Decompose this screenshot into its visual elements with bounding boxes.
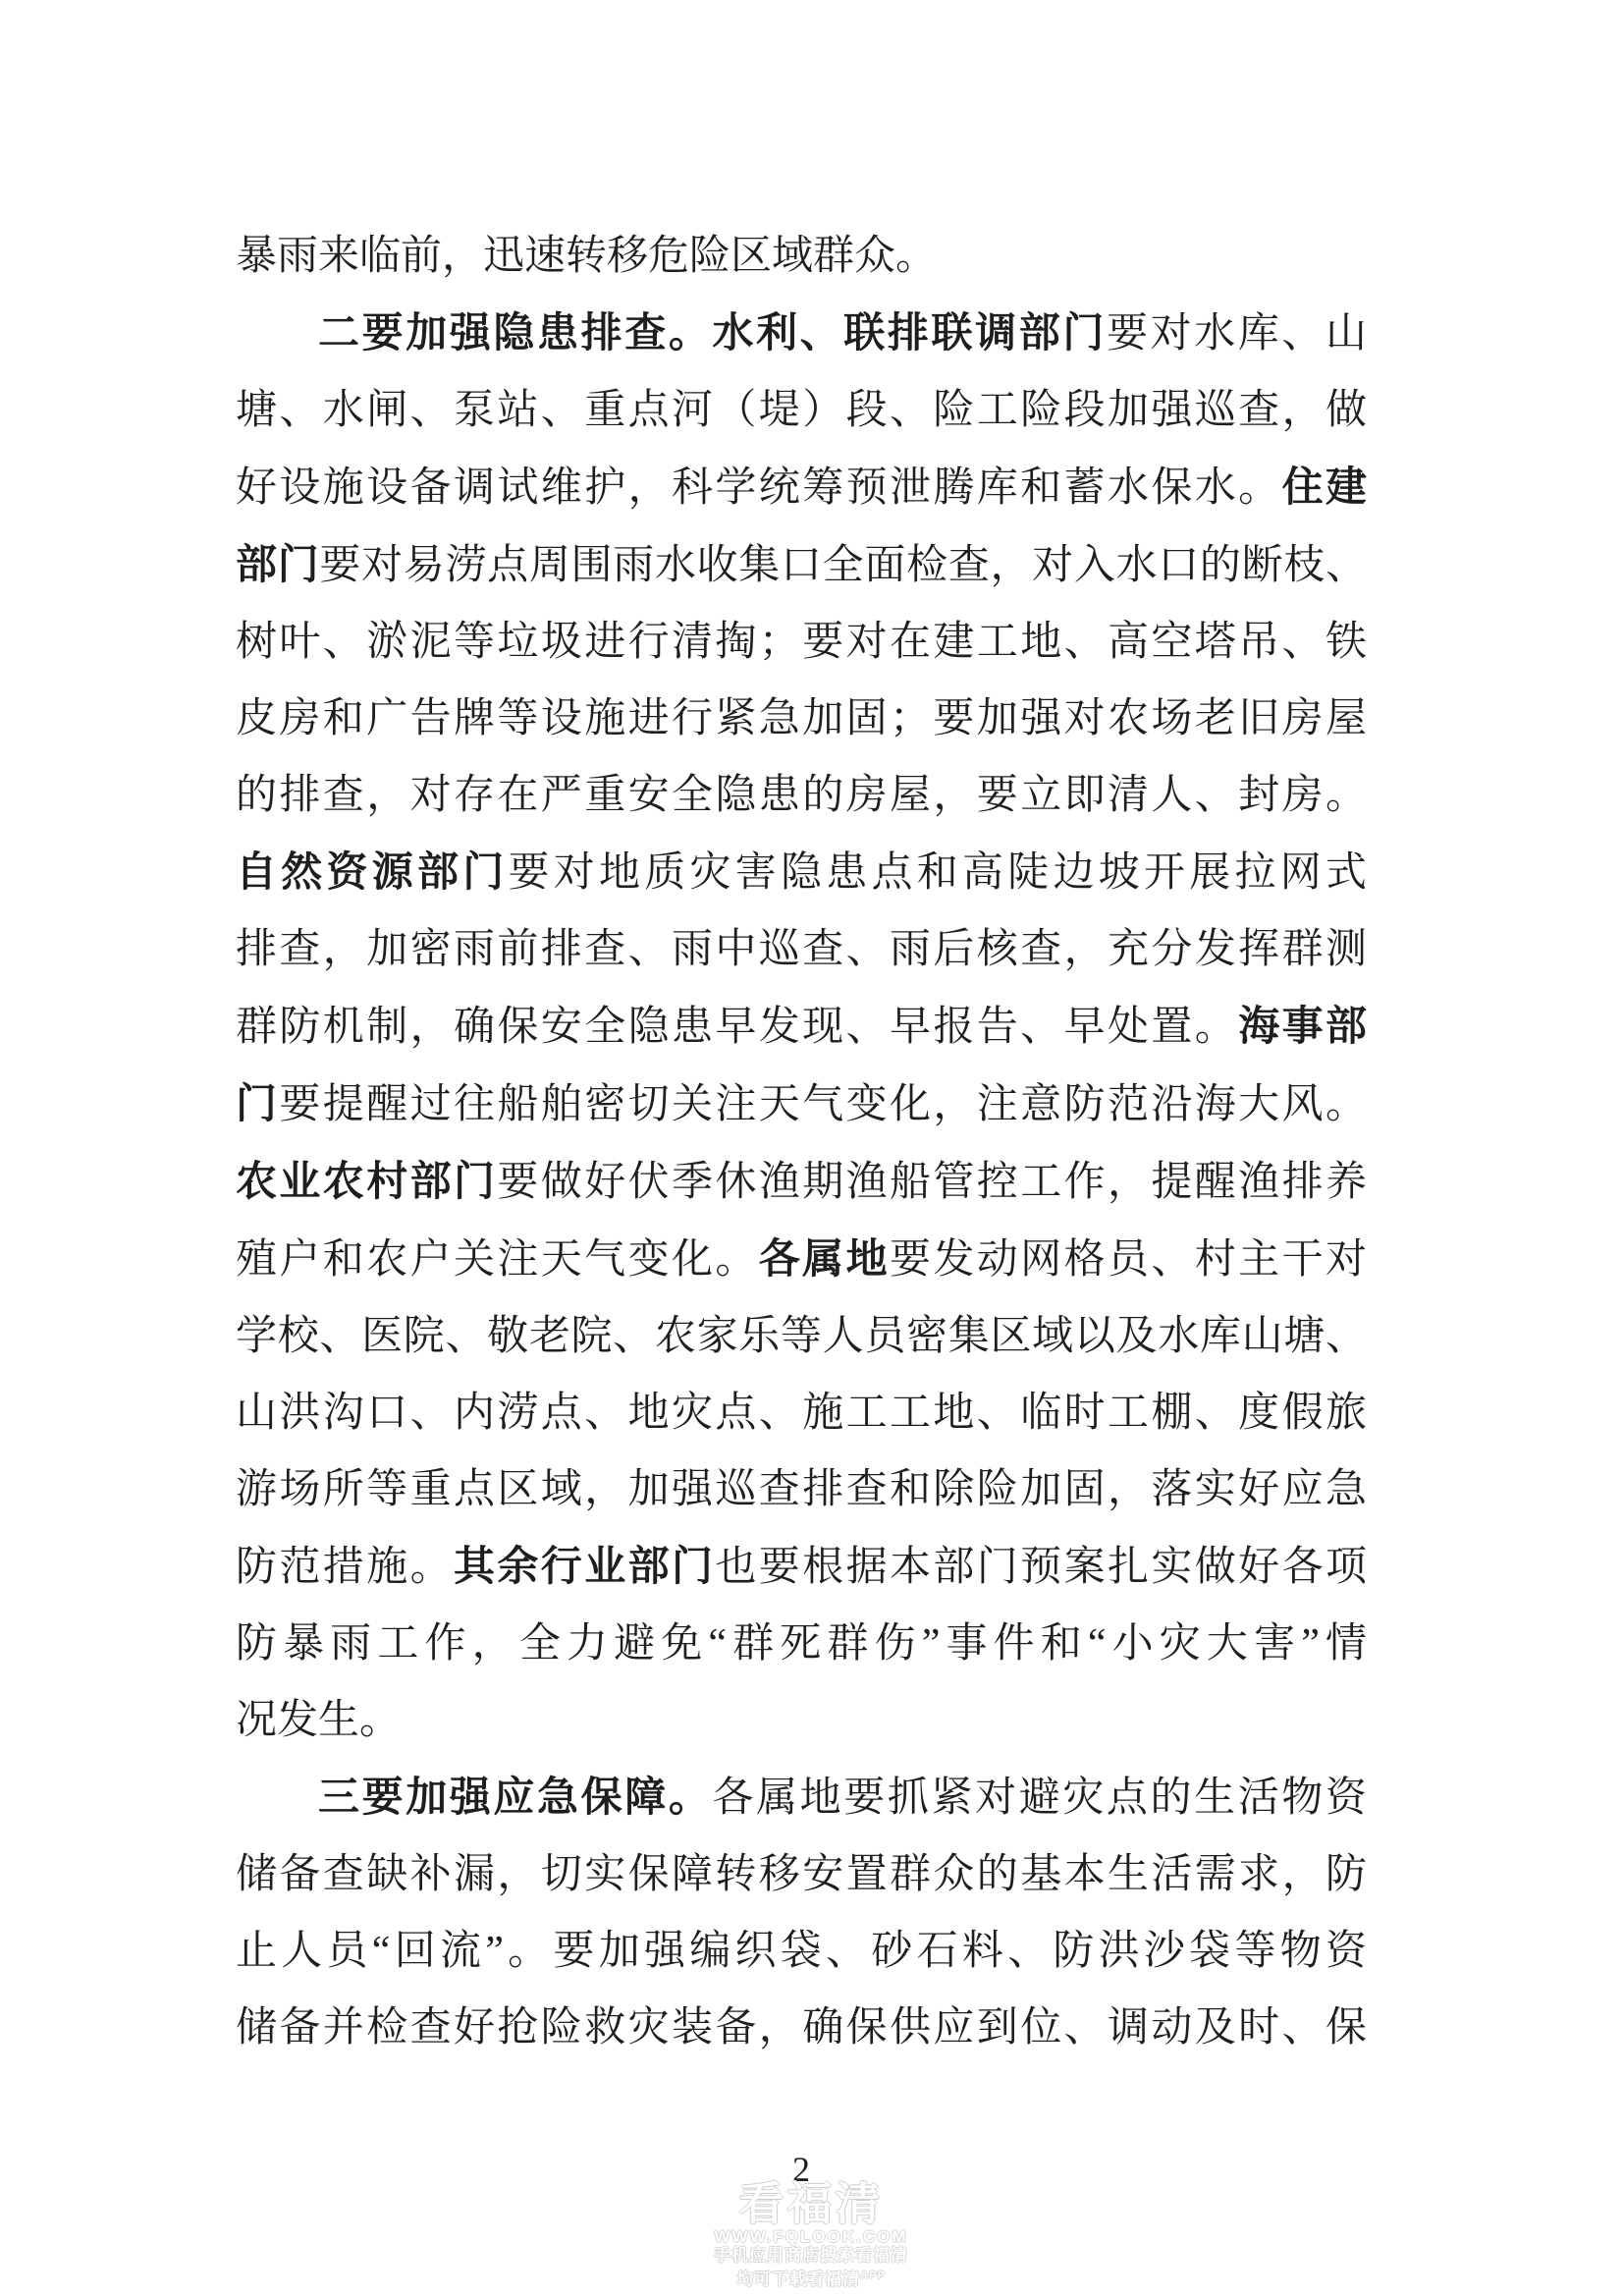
text-segment: 防暴雨工作，全力避免“群死群伤”事件和“小灾大害”情 — [236, 1621, 1367, 1667]
text-segment: 群防机制，确保安全隐患早发现、早报告、早处置。 — [236, 1005, 1238, 1050]
text-segment: 皮房和广告牌等设施进行紧急加固；要加强对农场老旧房屋 — [236, 696, 1367, 741]
text-segment: 储备并检查好抢险救灾装备，确保供应到位、调动及时、保 — [236, 2005, 1367, 2050]
bold-text-segment: 其余行业部门 — [454, 1543, 715, 1589]
text-segment: 况发生。 — [236, 1698, 401, 1743]
watermark-title: 看福清 — [566, 2180, 1056, 2227]
watermark-line2-sup: APP — [860, 2269, 886, 2281]
bold-text-segment: 各属地 — [759, 1235, 890, 1282]
text-segment: 排查，加密雨前排查、雨中巡查、雨后核查，充分发挥群测 — [236, 927, 1367, 972]
text-line: 防暴雨工作，全力避免“群死群伤”事件和“小灾大害”情 — [236, 1606, 1367, 1682]
text-segment: 暴雨来临前，迅速转移危险区域群众。 — [236, 234, 937, 279]
text-segment: 游场所等重点区域，加强巡查排查和除险加固，落实好应急 — [236, 1467, 1367, 1512]
text-segment: 要对地质灾害隐患点和高陡边坡开展拉网式 — [509, 850, 1367, 896]
document-page: 暴雨来临前，迅速转移危险区域群众。二要加强隐患排查。水利、联排联调部门要对水库、… — [0, 0, 1623, 2296]
text-line: 储备查缺补漏，切实保障转移安置群众的基本生活需求，防 — [236, 1836, 1367, 1913]
text-segment: 山洪沟口、内涝点、地灾点、施工工地、临时工棚、度假旅 — [236, 1391, 1367, 1436]
bold-text-segment: 住建 — [1282, 464, 1367, 510]
text-line: 殖户和农户关注天气变化。各属地要发动网格员、村主干对 — [236, 1221, 1367, 1298]
text-segment: 学校、医院、敬老院、农家乐等人员密集区域以及水库山塘、 — [236, 1314, 1367, 1359]
bold-text-segment: 二要加强隐患排查。水利、联排联调部门 — [318, 309, 1107, 355]
watermark-line1: 手机应用商店搜索看福清 — [566, 2246, 1056, 2266]
text-line: 三要加强应急保障。各属地要抓紧对避灾点的生活物资 — [236, 1759, 1367, 1836]
text-segment: 要对易涝点周围雨水收集口全面检查，对入水口的断枝、 — [319, 543, 1367, 588]
bold-text-segment: 自然资源部门 — [236, 848, 509, 895]
text-segment: 要提醒过往船舶密切关注天气变化，注意防范沿海大风。 — [279, 1082, 1367, 1127]
text-segment: 防范措施。 — [236, 1545, 454, 1590]
bold-text-segment: 海事部 — [1238, 1003, 1367, 1049]
text-line: 群防机制，确保安全隐患早发现、早报告、早处置。海事部 — [236, 988, 1367, 1066]
text-line: 的排查，对存在严重安全隐患的房屋，要立即清人、封房。 — [236, 757, 1367, 834]
watermark-url: WWW.FQLOOK.COM — [566, 2227, 1056, 2246]
watermark-line2-text: 均可下载看福清 — [736, 2270, 860, 2289]
bold-text-segment: 部门 — [236, 541, 319, 587]
text-line: 皮房和广告牌等设施进行紧急加固；要加强对农场老旧房屋 — [236, 681, 1367, 757]
bold-text-segment: 三要加强应急保障。 — [318, 1774, 712, 1820]
text-segment: 塘、水闸、泵站、重点河（堤）段、险工险段加强巡查，做 — [236, 388, 1367, 433]
text-line: 塘、水闸、泵站、重点河（堤）段、险工险段加强巡查，做 — [236, 372, 1367, 449]
text-segment: 止人员“回流”。要加强编织袋、砂石料、防洪沙袋等物资 — [236, 1929, 1367, 1974]
text-line: 况发生。 — [236, 1682, 1367, 1759]
bold-text-segment: 农业农村部门 — [236, 1158, 497, 1204]
text-segment: 好设施设备调试维护，科学统筹预泄腾库和蓄水保水。 — [236, 465, 1282, 511]
text-segment: 也要根据本部门预案扎实做好各项 — [715, 1545, 1367, 1590]
text-segment: 要对水库、山 — [1107, 311, 1367, 356]
bold-text-segment: 门 — [236, 1080, 279, 1126]
watermark: 看福清 WWW.FQLOOK.COM 手机应用商店搜索看福清 均可下载看福清AP… — [566, 2180, 1056, 2290]
text-segment: 各属地要抓紧对避灾点的生活物资 — [712, 1776, 1367, 1821]
watermark-line2: 均可下载看福清APP — [566, 2266, 1056, 2290]
text-line: 游场所等重点区域，加强巡查排查和除险加固，落实好应急 — [236, 1451, 1367, 1528]
text-line: 学校、医院、敬老院、农家乐等人员密集区域以及水库山塘、 — [236, 1298, 1367, 1375]
text-segment: 的排查，对存在严重安全隐患的房屋，要立即清人、封房。 — [236, 773, 1367, 818]
text-segment: 储备查缺补漏，切实保障转移安置群众的基本生活需求，防 — [236, 1852, 1367, 1897]
text-line: 农业农村部门要做好伏季休渔期渔船管控工作，提醒渔排养 — [236, 1143, 1367, 1221]
text-line: 山洪沟口、内涝点、地灾点、施工工地、临时工棚、度假旅 — [236, 1375, 1367, 1451]
document-body: 暴雨来临前，迅速转移危险区域群众。二要加强隐患排查。水利、联排联调部门要对水库、… — [236, 218, 1367, 2066]
text-line: 暴雨来临前，迅速转移危险区域群众。 — [236, 218, 1367, 295]
text-segment: 殖户和农户关注天气变化。 — [236, 1237, 759, 1283]
text-segment: 要做好伏季休渔期渔船管控工作，提醒渔排养 — [497, 1160, 1367, 1205]
text-line: 自然资源部门要对地质灾害隐患点和高陡边坡开展拉网式 — [236, 834, 1367, 911]
text-line: 门要提醒过往船舶密切关注天气变化，注意防范沿海大风。 — [236, 1066, 1367, 1143]
text-line: 防范措施。其余行业部门也要根据本部门预案扎实做好各项 — [236, 1528, 1367, 1606]
text-segment: 树叶、淤泥等垃圾进行清掏；要对在建工地、高空塔吊、铁 — [236, 620, 1367, 665]
text-line: 好设施设备调试维护，科学统筹预泄腾库和蓄水保水。住建 — [236, 449, 1367, 526]
text-line: 排查，加密雨前排查、雨中巡查、雨后核查，充分发挥群测 — [236, 911, 1367, 988]
text-line: 止人员“回流”。要加强编织袋、砂石料、防洪沙袋等物资 — [236, 1913, 1367, 1990]
text-line: 树叶、淤泥等垃圾进行清掏；要对在建工地、高空塔吊、铁 — [236, 604, 1367, 681]
text-line: 部门要对易涝点周围雨水收集口全面检查，对入水口的断枝、 — [236, 526, 1367, 604]
text-line: 储备并检查好抢险救灾装备，确保供应到位、调动及时、保 — [236, 1990, 1367, 2066]
text-segment: 要发动网格员、村主干对 — [890, 1237, 1367, 1283]
text-line: 二要加强隐患排查。水利、联排联调部门要对水库、山 — [236, 295, 1367, 372]
